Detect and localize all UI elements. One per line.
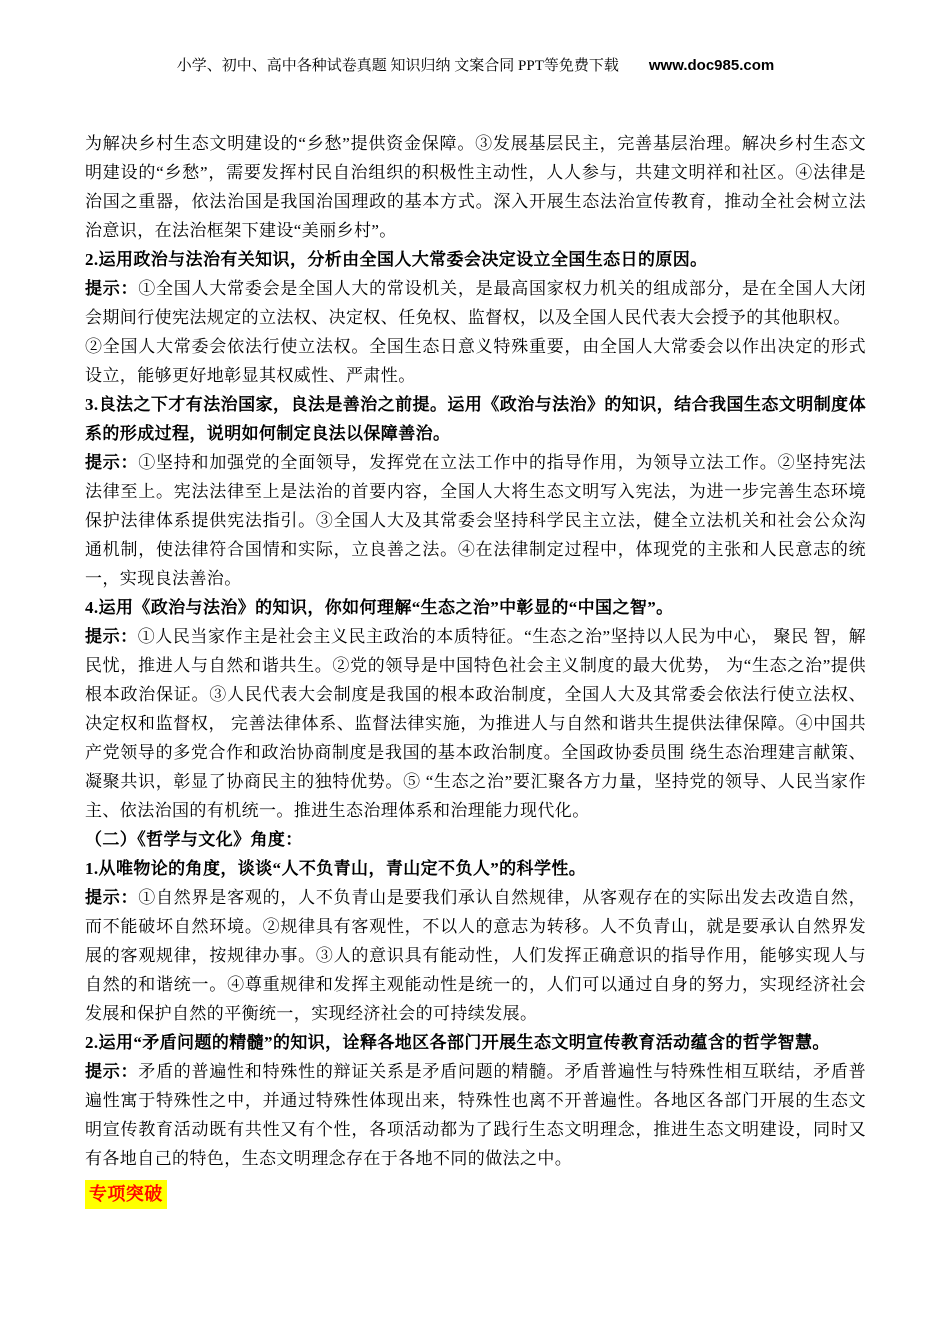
hint-text: ①人民当家作主是社会主义民主政治的本质特征。“生态之治”坚持以人民为中心， 聚民…: [85, 627, 866, 820]
hint-paragraph: 提示：①人民当家作主是社会主义民主政治的本质特征。“生态之治”坚持以人民为中心，…: [85, 622, 866, 825]
question-heading: 3.良法之下才有法治国家，良法是善治之前提。运用《政治与法治》的知识，结合我国生…: [85, 390, 866, 448]
question-heading: 4.运用《政治与法治》的知识，你如何理解“生态之治”中彰显的“中国之智”。: [85, 593, 866, 622]
hint-text: 矛盾的普遍性和特殊性的辩证关系是矛盾问题的精髓。矛盾普遍性与特殊性相互联结，矛盾…: [85, 1062, 866, 1168]
hint-label: 提示：: [85, 1062, 138, 1081]
page-header: 小学、初中、高中各种试卷真题 知识归纳 文案合同 PPT等免费下载 www.do…: [85, 56, 866, 76]
question-heading: （二）《哲学与文化》角度：: [85, 825, 866, 854]
question-heading: 2.运用“矛盾问题的精髓”的知识，诠释各地区各部门开展生态文明宣传教育活动蕴含的…: [85, 1028, 866, 1057]
hint-text: ①全国人大常委会是全国人大的常设机关，是最高国家权力机关的组成部分，是在全国人大…: [85, 279, 866, 327]
hint-paragraph: 提示：矛盾的普遍性和特殊性的辩证关系是矛盾问题的精髓。矛盾普遍性与特殊性相互联结…: [85, 1057, 866, 1173]
hint-paragraph: 提示：①全国人大常委会是全国人大的常设机关，是最高国家权力机关的组成部分，是在全…: [85, 274, 866, 332]
section-banner-row: 专项突破: [85, 1180, 866, 1209]
document-page: 小学、初中、高中各种试卷真题 知识归纳 文案合同 PPT等免费下载 www.do…: [0, 0, 950, 1344]
header-slogan: 小学、初中、高中各种试卷真题 知识归纳 文案合同 PPT等免费下载: [177, 56, 619, 76]
hint-label: 提示：: [85, 888, 138, 907]
hint-label: 提示：: [85, 627, 138, 646]
section-banner: 专项突破: [85, 1180, 167, 1209]
hint-label: 提示：: [85, 453, 138, 472]
body-paragraph: ②全国人大常委会依法行使立法权。全国生态日意义特殊重要，由全国人大常委会以作出决…: [85, 332, 866, 390]
hint-text: ①坚持和加强党的全面领导，发挥党在立法工作中的指导作用，为领导立法工作。②坚持宪…: [85, 453, 866, 588]
hint-paragraph: 提示：①坚持和加强党的全面领导，发挥党在立法工作中的指导作用，为领导立法工作。②…: [85, 448, 866, 593]
document-content: 为解决乡村生态文明建设的“乡愁”提供资金保障。③发展基层民主，完善基层治理。解决…: [85, 129, 866, 1209]
question-heading: 1.从唯物论的角度，谈谈“人不负青山，青山定不负人”的科学性。: [85, 854, 866, 883]
question-heading: 2.运用政治与法治有关知识，分析由全国人大常委会决定设立全国生态日的原因。: [85, 245, 866, 274]
hint-text: ①自然界是客观的，人不负青山是要我们承认自然规律，从客观存在的实际出发去改造自然…: [85, 888, 866, 1023]
hint-paragraph: 提示：①自然界是客观的，人不负青山是要我们承认自然规律，从客观存在的实际出发去改…: [85, 883, 866, 1028]
hint-label: 提示：: [85, 279, 138, 298]
body-paragraph: 为解决乡村生态文明建设的“乡愁”提供资金保障。③发展基层民主，完善基层治理。解决…: [85, 129, 866, 245]
header-url: www.doc985.com: [649, 56, 774, 76]
